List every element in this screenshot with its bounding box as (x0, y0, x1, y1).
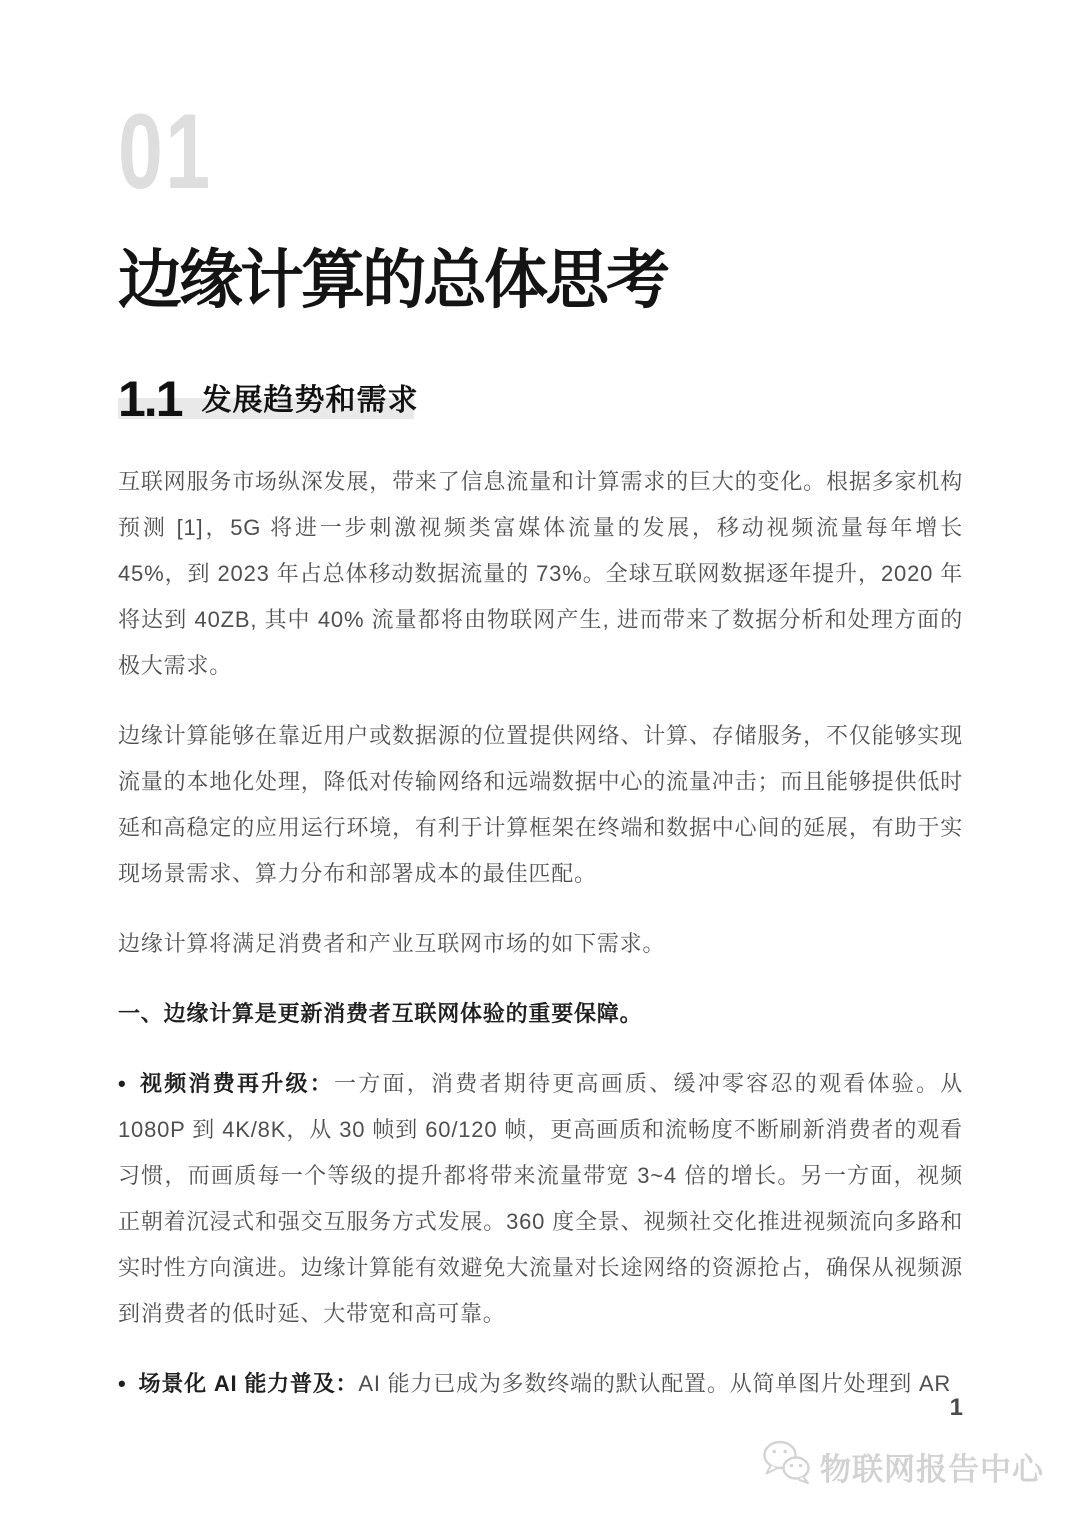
wechat-icon (762, 1440, 812, 1492)
paragraph-1: 互联网服务市场纵深发展，带来了信息流量和计算需求的巨大的变化。根据多家机构预测 … (118, 459, 963, 689)
bullet-item-video: •视频消费再升级：一方面，消费者期待更高画质、缓冲零容忍的观看体验。从 1080… (118, 1061, 963, 1337)
bullet-text: 一方面，消费者期待更高画质、缓冲零容忍的观看体验。从 1080P 到 4K/8K… (118, 1071, 963, 1326)
watermark: 物联网报告中心 (762, 1440, 1044, 1492)
bullet-marker: • (118, 1071, 127, 1096)
bullet-lead: 场景化 AI 能力普及： (139, 1371, 359, 1396)
document-page: 01 边缘计算的总体思考 1.1 发展趋势和需求 互联网服务市场纵深发展，带来了… (0, 0, 1080, 1515)
bullet-item-ai: •场景化 AI 能力普及：AI 能力已成为多数终端的默认配置。从简单图片处理到 … (118, 1361, 963, 1407)
paragraph-3: 边缘计算将满足消费者和产业互联网市场的如下需求。 (118, 921, 963, 967)
paragraph-2: 边缘计算能够在靠近用户或数据源的位置提供网络、计算、存储服务，不仅能够实现流量的… (118, 713, 963, 897)
section-header: 1.1 发展趋势和需求 (118, 363, 963, 421)
bullet-lead: 视频消费再升级： (139, 1071, 334, 1096)
section-number: 1.1 (118, 377, 182, 421)
bullet-marker: • (118, 1371, 127, 1396)
page-content: 边缘计算的总体思考 1.1 发展趋势和需求 互联网服务市场纵深发展，带来了信息流… (0, 0, 1080, 1407)
subheading: 一、边缘计算是更新消费者互联网体验的重要保障。 (118, 991, 963, 1037)
section-title: 发展趋势和需求 (202, 386, 419, 421)
page-number: 1 (950, 1394, 963, 1422)
watermark-text: 物联网报告中心 (820, 1444, 1044, 1489)
bullet-text: AI 能力已成为多数终端的默认配置。从简单图片处理到 AR (358, 1371, 951, 1396)
chapter-title: 边缘计算的总体思考 (118, 245, 963, 315)
